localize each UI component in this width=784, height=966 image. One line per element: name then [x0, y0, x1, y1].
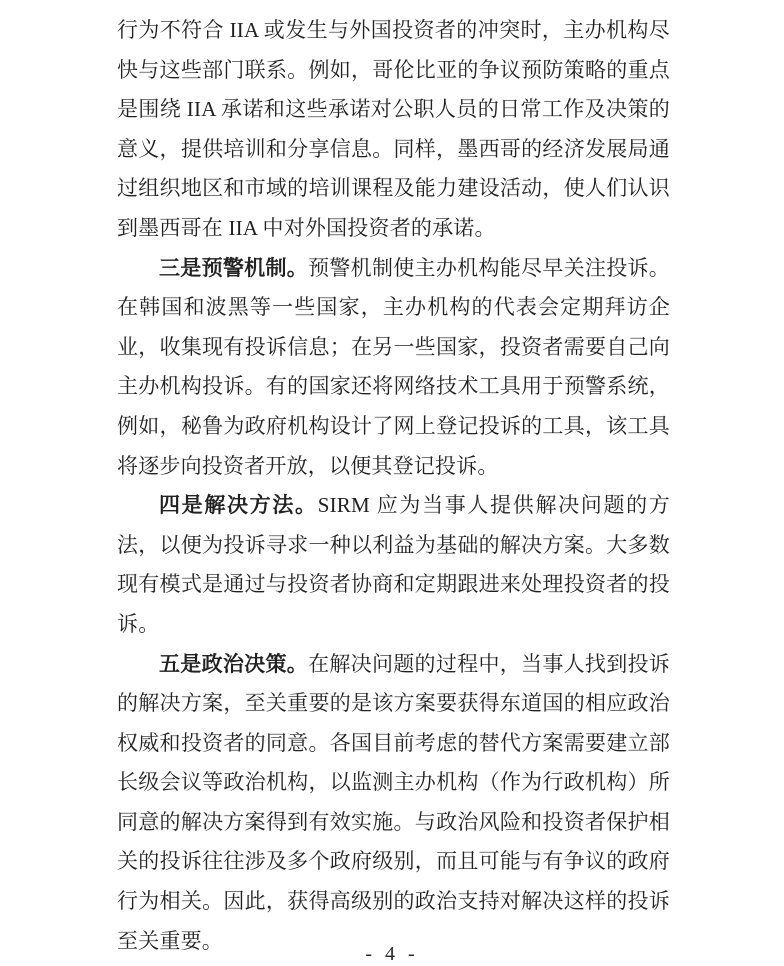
paragraph-text: 预警机制使主办机构能尽早关注投诉。在韩国和波黑等一些国家，主办机构的代表会定期拜… [117, 256, 670, 478]
paragraph-continuation: 行为不符合 IIA 或发生与外国投资者的冲突时，主办机构尽快与这些部门联系。例如… [117, 11, 670, 249]
paragraph-political-decision: 五是政治决策。在解决问题的过程中，当事人找到投诉的解决方案，至关重要的是该方案要… [117, 645, 670, 962]
paragraph-text: 行为不符合 IIA 或发生与外国投资者的冲突时，主办机构尽快与这些部门联系。例如… [117, 18, 670, 240]
paragraph-lead: 四是解决方法。 [159, 493, 318, 517]
paragraph-lead: 五是政治决策。 [159, 652, 308, 676]
document-page: 行为不符合 IIA 或发生与外国投资者的冲突时，主办机构尽快与这些部门联系。例如… [0, 0, 784, 966]
paragraph-lead: 三是预警机制。 [159, 256, 308, 280]
page-footer: - 4 - [0, 942, 784, 966]
page-number: - 4 - [365, 943, 418, 965]
document-body: 行为不符合 IIA 或发生与外国投资者的冲突时，主办机构尽快与这些部门联系。例如… [117, 11, 670, 961]
paragraph-early-warning: 三是预警机制。预警机制使主办机构能尽早关注投诉。在韩国和波黑等一些国家，主办机构… [117, 249, 670, 487]
paragraph-text: 在解决问题的过程中，当事人找到投诉的解决方案，至关重要的是该方案要获得东道国的相… [117, 652, 670, 953]
paragraph-resolution-method: 四是解决方法。SIRM 应为当事人提供解决问题的方法，以便为投诉寻求一种以利益为… [117, 486, 670, 644]
